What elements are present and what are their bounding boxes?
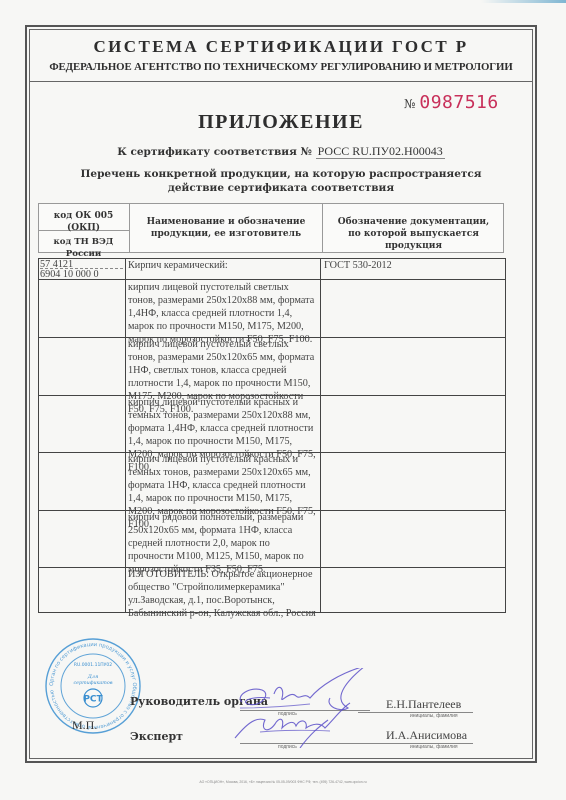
expert-name-caption: инициалы, фамилия (410, 744, 458, 750)
header-product: Наименование и обозначение продукции, ее… (130, 216, 322, 240)
row-0-doc: ГОСТ 530-2012 (324, 259, 504, 272)
mp-label: М.П. (72, 718, 97, 733)
handwritten-signatures (230, 668, 380, 748)
row-1-product: кирпич лицевой пустотелый светлых тонов,… (128, 281, 318, 346)
system-title: СИСТЕМА СЕРТИФИКАЦИИ ГОСТ Р (29, 37, 533, 57)
header-doc-line1: Обозначение документации, (323, 216, 504, 228)
certificate-label: К сертификату соответствия № (117, 146, 312, 158)
svg-text:сертификатов: сертификатов (73, 679, 112, 686)
expert-label: Эксперт (130, 730, 183, 743)
certificate-number: РОСС RU.ПУ02.Н00043 (316, 144, 445, 159)
row-divider-1 (38, 279, 506, 280)
agency-title: ФЕДЕРАЛЬНОЕ АГЕНТСТВО ПО ТЕХНИЧЕСКОМУ РЕ… (29, 61, 533, 73)
list-title-line1: Перечень конкретной продукции, на котору… (29, 167, 533, 181)
svg-text:Для: Для (87, 674, 99, 680)
row-0-product: Кирпич керамический: (128, 259, 318, 272)
list-title: Перечень конкретной продукции, на котору… (29, 167, 533, 195)
footer-imprint: АО «ОПЦИОН», Москва, 2016, «Б» лицензия … (0, 780, 566, 784)
row-6-manufacturer: ИЗГОТОВИТЕЛЬ: Открытое акционерное общес… (128, 568, 318, 620)
expert-name: И.А.Анисимова (386, 728, 467, 743)
serial-number: №0987516 (404, 92, 499, 113)
body-col-divider-2 (320, 258, 321, 613)
svg-text:RU.0001.11ПУ02: RU.0001.11ПУ02 (74, 662, 112, 668)
header-code-tnved: код ТН ВЭД России (38, 236, 129, 260)
head-name: Е.Н.Пантелеев (386, 697, 461, 712)
header-doc: Обозначение документации, по которой вып… (323, 216, 504, 252)
body-col-divider-1 (125, 258, 126, 613)
page-title: ПРИЛОЖЕНИЕ (29, 111, 533, 134)
serial-prefix: № (404, 97, 415, 111)
header-divider (29, 81, 533, 82)
serial-value: 0987516 (419, 92, 498, 113)
header-product-line1: Наименование и обозначение (130, 216, 322, 228)
svg-text:РСТ: РСТ (83, 695, 103, 705)
header-doc-line2: по которой выпускается продукция (323, 228, 504, 252)
scan-edge (0, 0, 566, 3)
list-title-line2: действие сертификата соответствия (29, 181, 533, 195)
row-5-product: кирпич рядовой полнотелый, размерами 250… (128, 511, 318, 576)
row-0-code-tnved: 6904 10 000 0 (40, 268, 99, 281)
head-name-caption: инициалы, фамилия (410, 713, 458, 719)
header-code-okp: код ОК 005 (ОКП) (38, 210, 129, 234)
header-product-line2: продукции, ее изготовитель (130, 228, 322, 240)
certificate-reference: К сертификату соответствия № РОСС RU.ПУ0… (29, 144, 533, 159)
